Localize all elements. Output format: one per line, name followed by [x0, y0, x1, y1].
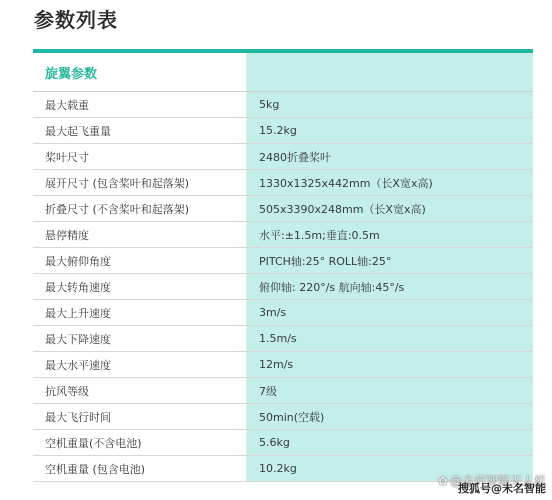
- table-row: 最大下降速度 1.5m/s: [33, 326, 533, 352]
- row-label: 最大起飞重量: [33, 118, 246, 143]
- row-label: 最大载重: [33, 92, 246, 117]
- table-row: 悬停精度 水平:±1.5m;垂直:0.5m: [33, 222, 533, 248]
- row-value: 5kg: [246, 92, 533, 117]
- row-label: 最大水平速度: [33, 352, 246, 377]
- table-row: 空机重量(不含电池) 5.6kg: [33, 430, 533, 456]
- paw-icon: ✿: [438, 474, 448, 488]
- watermark: ✿@未庐智能无人机 搜狐号@未名智能: [438, 474, 546, 496]
- row-label: 悬停精度: [33, 222, 246, 247]
- spec-table: 旋翼参数 最大载重 5kg 最大起飞重量 15.2kg 桨叶尺寸 2480折叠桨…: [33, 49, 533, 482]
- row-label: 最大飞行时间: [33, 404, 246, 429]
- row-value: 俯仰轴: 220°/s 航向轴:45°/s: [246, 274, 533, 299]
- row-label: 空机重量(不含电池): [33, 430, 246, 455]
- row-value: 7级: [246, 378, 533, 403]
- row-value: PITCH轴:25° ROLL轴:25°: [246, 248, 533, 273]
- row-value: 3m/s: [246, 300, 533, 325]
- row-label: 最大转角速度: [33, 274, 246, 299]
- row-label: 抗风等级: [33, 378, 246, 403]
- table-row: 抗风等级 7级: [33, 378, 533, 404]
- row-value: 5.6kg: [246, 430, 533, 455]
- table-row: 最大起飞重量 15.2kg: [33, 118, 533, 144]
- table-row: 最大水平速度 12m/s: [33, 352, 533, 378]
- row-label: 桨叶尺寸: [33, 144, 246, 169]
- section-header-value: [246, 53, 533, 91]
- row-label: 展开尺寸 (包含桨叶和起落架): [33, 170, 246, 195]
- table-row: 最大上升速度 3m/s: [33, 300, 533, 326]
- table-row: 最大飞行时间 50min(空载): [33, 404, 533, 430]
- table-row: 最大俯仰角度 PITCH轴:25° ROLL轴:25°: [33, 248, 533, 274]
- table-row: 展开尺寸 (包含桨叶和起落架) 1330x1325x442mm（长X宽x高): [33, 170, 533, 196]
- page-title: 参数列表: [34, 6, 118, 34]
- row-label: 最大俯仰角度: [33, 248, 246, 273]
- table-section-header: 旋翼参数: [33, 53, 533, 92]
- row-label: 最大下降速度: [33, 326, 246, 351]
- table-row: 折叠尺寸 (不含桨叶和起落架) 505x3390x248mm（长X宽x高): [33, 196, 533, 222]
- row-label: 折叠尺寸 (不含桨叶和起落架): [33, 196, 246, 221]
- row-label: 空机重量 (包含电池): [33, 456, 246, 481]
- row-value: 12m/s: [246, 352, 533, 377]
- row-value: 1.5m/s: [246, 326, 533, 351]
- section-header-label: 旋翼参数: [33, 53, 246, 91]
- row-label: 最大上升速度: [33, 300, 246, 325]
- row-value: 505x3390x248mm（长X宽x高): [246, 196, 533, 221]
- row-value: 1330x1325x442mm（长X宽x高): [246, 170, 533, 195]
- table-row: 桨叶尺寸 2480折叠桨叶: [33, 144, 533, 170]
- row-value: 2480折叠桨叶: [246, 144, 533, 169]
- table-row: 最大转角速度 俯仰轴: 220°/s 航向轴:45°/s: [33, 274, 533, 300]
- table-row: 最大载重 5kg: [33, 92, 533, 118]
- row-value: 50min(空载): [246, 404, 533, 429]
- row-value: 15.2kg: [246, 118, 533, 143]
- row-value: 水平:±1.5m;垂直:0.5m: [246, 222, 533, 247]
